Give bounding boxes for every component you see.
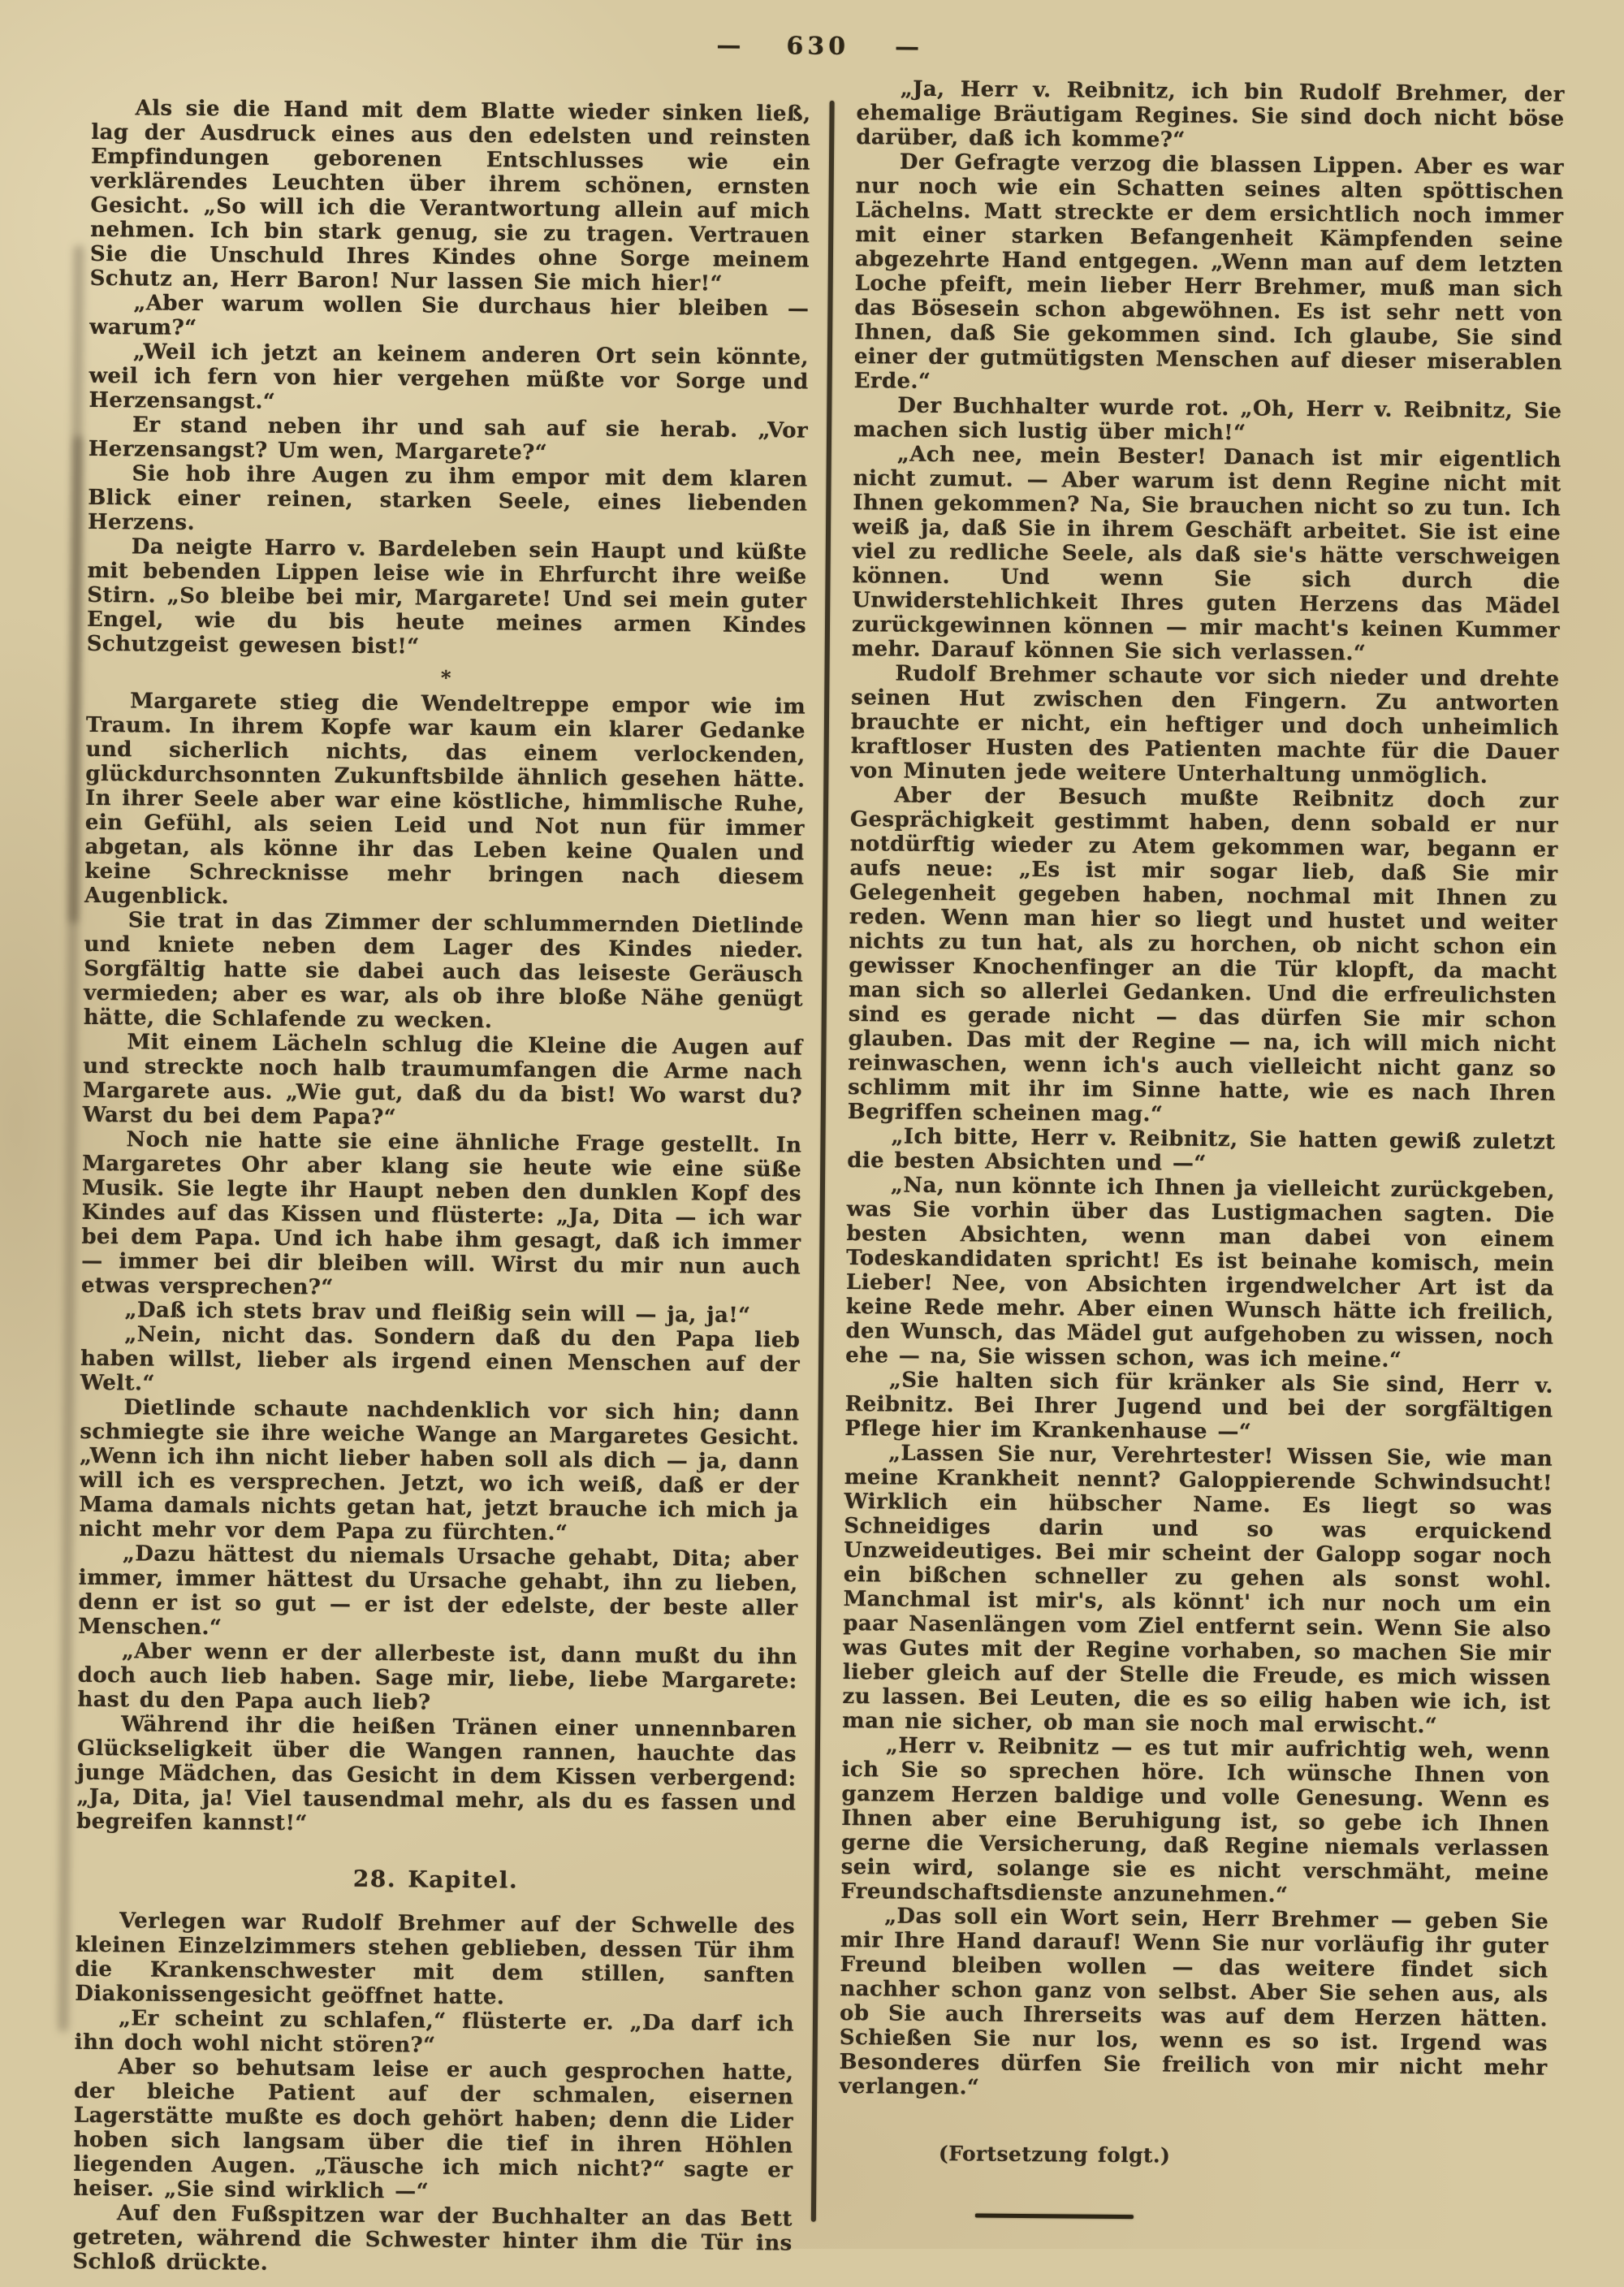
- paragraph: „Dazu hättest du niemals Ursache gehabt,…: [78, 1541, 798, 1645]
- paragraph: Sie trat in das Zimmer der schlummernden…: [84, 908, 804, 1036]
- paragraph: Margarete stieg die Wendeltreppe empor w…: [84, 689, 806, 914]
- paragraph: „Ach nee, mein Bester! Danach ist mir ei…: [852, 442, 1561, 668]
- paragraph: „Ich bitte, Herr v. Reibnitz, Sie hatten…: [847, 1124, 1555, 1179]
- paragraph: Der Buchhalter wurde rot. „Oh, Herr v. R…: [853, 393, 1561, 448]
- paragraph: Dietlinde schaute nachdenklich vor sich …: [79, 1395, 800, 1548]
- paragraph: Da neigte Harro v. Bardeleben sein Haupt…: [87, 534, 807, 663]
- header-dash-left: —: [716, 32, 741, 60]
- paragraph: Als sie die Hand mit dem Blatte wieder s…: [90, 96, 811, 297]
- end-rule: [974, 2213, 1133, 2219]
- paragraph: „Weil ich jetzt an keinem anderen Ort se…: [89, 339, 809, 419]
- paragraph: „Herr v. Reibnitz — es tut mir aufrichti…: [840, 1733, 1550, 1910]
- paragraph: „Lassen Sie nur, Verehrtester! Wissen Si…: [842, 1441, 1553, 1740]
- paragraph: „Sie halten sich für kränker als Sie sin…: [844, 1368, 1553, 1447]
- paragraph: „Aber warum wollen Sie durchaus hier ble…: [89, 291, 809, 346]
- header-dash-right: —: [895, 33, 919, 62]
- paragraph: Rudolf Brehmer schaute vor sich nieder u…: [850, 661, 1559, 789]
- paragraph: Aber so behutsam leise er auch gesproche…: [73, 2055, 794, 2207]
- paragraph: „Aber wenn er der allerbeste ist, dann m…: [77, 1639, 797, 1718]
- paragraph: Sie hob ihre Augen zu ihm empor mit dem …: [88, 461, 808, 541]
- paragraph: „Das soll ein Wort sein, Herr Brehmer — …: [839, 1904, 1548, 2105]
- paragraph: Er stand neben ihr und sah auf sie herab…: [89, 413, 808, 468]
- paragraph: „Nein, nicht das. Sondern daß du den Pap…: [80, 1322, 801, 1402]
- page-number: 630: [786, 32, 849, 61]
- scanned-page: —630— Als sie die Hand mit dem Blatte wi…: [0, 0, 1624, 2249]
- paragraph: „Ja, Herr v. Reibnitz, ich bin Rudolf Br…: [856, 76, 1565, 156]
- scan-content: —630— Als sie die Hand mit dem Blatte wi…: [0, 0, 1624, 2249]
- page-header: —630—: [6, 25, 1624, 67]
- left-column: Als sie die Hand mit dem Blatte wieder s…: [72, 96, 810, 2249]
- paragraph: Auf den Fußspitzen war der Buchhalter an…: [72, 2201, 793, 2249]
- paragraph: Der Gefragte verzog die blassen Lippen. …: [854, 149, 1565, 400]
- continuation-note: (Fortsetzung folgt.): [700, 2140, 1408, 2171]
- paragraph: „Er scheint zu schlafen,“ flüsterte er. …: [75, 2006, 794, 2061]
- paragraph: Mit einem Lächeln schlug die Kleine die …: [83, 1030, 803, 1134]
- paragraph: „Na, nun könnte ich Ihnen ja vielleicht …: [845, 1173, 1555, 1374]
- right-column: „Ja, Herr v. Reibnitz, ich bin Rudolf Br…: [838, 76, 1565, 2223]
- column-divider-rule: [811, 101, 835, 2222]
- chapter-heading: 28. Kapitel.: [76, 1865, 795, 1896]
- paragraph: Verlegen war Rudolf Brehmer auf der Schw…: [75, 1909, 795, 2012]
- paragraph: Noch nie hatte sie eine ähnliche Frage g…: [81, 1127, 802, 1304]
- paragraph: Aber der Besuch mußte Reibnitz doch zur …: [848, 783, 1559, 1131]
- paragraph: Während ihr die heißen Tränen einer unne…: [76, 1712, 797, 1840]
- section-separator: *: [86, 664, 806, 692]
